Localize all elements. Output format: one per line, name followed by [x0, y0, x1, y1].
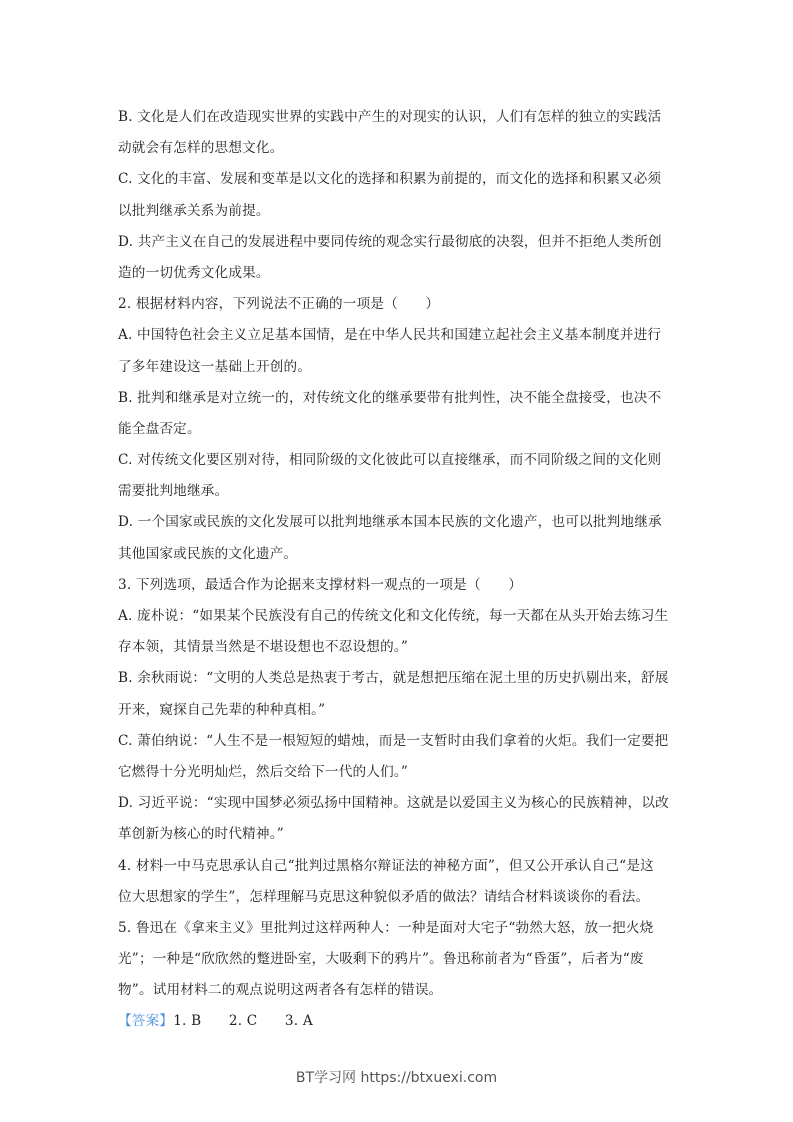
text-line: 了多年建设这一基础上开创的。 [118, 352, 678, 383]
question-5: 5. 鲁迅在《拿来主义》里批判过这样两种人：一种是面对大宅子“勃然大怒，放一把火… [118, 913, 678, 944]
text-line: C. 文化的丰富、发展和变革是以文化的选择和积累为前提的，而文化的选择和积累又必… [118, 164, 678, 195]
text-line: B. 批判和继承是对立统一的，对传统文化的继承要带有批判性，决不能全盘接受，也决… [118, 383, 678, 414]
document-page: B. 文化是人们在改造现实世界的实践中产生的对现实的认识，人们有怎样的独立的实践… [118, 102, 678, 1038]
text-line: 能全盘否定。 [118, 414, 678, 445]
text-line: B. 余秋雨说：“文明的人类总是热衷于考古，就是想把压缩在泥土里的历史扒剔出来，… [118, 663, 678, 694]
question-4: 4. 材料一中马克思承认自己“批判过黑格尔辩证法的神秘方面”，但又公开承认自己“… [118, 851, 678, 882]
text-line: 以批判继承关系为前提。 [118, 196, 678, 227]
question-3: 3. 下列选项，最适合作为论据来支撑材料一观点的一项是（ ） [118, 570, 678, 601]
text-line: D. 习近平说：“实现中国梦必须弘扬中国精神。这就是以爱国主义为核心的民族精神，… [118, 788, 678, 819]
text-line: C. 对传统文化要区别对待，相同阶级的文化彼此可以直接继承，而不同阶级之间的文化… [118, 445, 678, 476]
text-line: 其他国家或民族的文化遗产。 [118, 539, 678, 570]
question-2: 2. 根据材料内容，下列说法不正确的一项是（ ） [118, 289, 678, 320]
answer-text: 1. B 2. C 3. A [173, 1013, 313, 1029]
text-line: A. 庞朴说：“如果某个民族没有自己的传统文化和文化传统，每一天都在从头开始去练… [118, 601, 678, 632]
text-line: D. 一个国家或民族的文化发展可以批判地继承本国本民族的文化遗产，也可以批判地继… [118, 507, 678, 538]
text-line: 位大思想家的学生”，怎样理解马克思这种貌似矛盾的做法？请结合材料谈谈你的看法。 [118, 882, 678, 913]
footer-watermark: BT学习网 https://btxuexi.com [0, 1067, 793, 1087]
text-line: 需要批判地继承。 [118, 476, 678, 507]
text-line: 光”；一种是“欣欣然的蹩进卧室，大吸剩下的鸦片”。鲁迅称前者为“昏蛋”，后者为“… [118, 944, 678, 975]
text-line: 造的一切优秀文化成果。 [118, 258, 678, 289]
text-line: D. 共产主义在自己的发展进程中要同传统的观念实行最彻底的决裂，但并不拒绝人类所… [118, 227, 678, 258]
text-line: 存本领，其情景当然是不堪设想也不忍设想的。” [118, 632, 678, 663]
text-line: 物”。试用材料二的观点说明这两者各有怎样的错误。 [118, 975, 678, 1006]
text-line: C. 萧伯纳说：“人生不是一根短短的蜡烛，而是一支暂时由我们拿着的火炬。我们一定… [118, 726, 678, 757]
text-line: 它燃得十分光明灿烂，然后交给下一代的人们。” [118, 757, 678, 788]
text-line: 动就会有怎样的思想文化。 [118, 133, 678, 164]
text-line: A. 中国特色社会主义立足基本国情，是在中华人民共和国建立起社会主义基本制度并进… [118, 320, 678, 351]
text-line: B. 文化是人们在改造现实世界的实践中产生的对现实的认识，人们有怎样的独立的实践… [118, 102, 678, 133]
answer-line: 【答案】1. B 2. C 3. A [118, 1006, 678, 1037]
text-line: 开来，窥探自己先辈的种种真相。” [118, 695, 678, 726]
text-line: 革创新为核心的时代精神。” [118, 819, 678, 850]
answer-tag: 【答案】 [118, 1013, 173, 1029]
